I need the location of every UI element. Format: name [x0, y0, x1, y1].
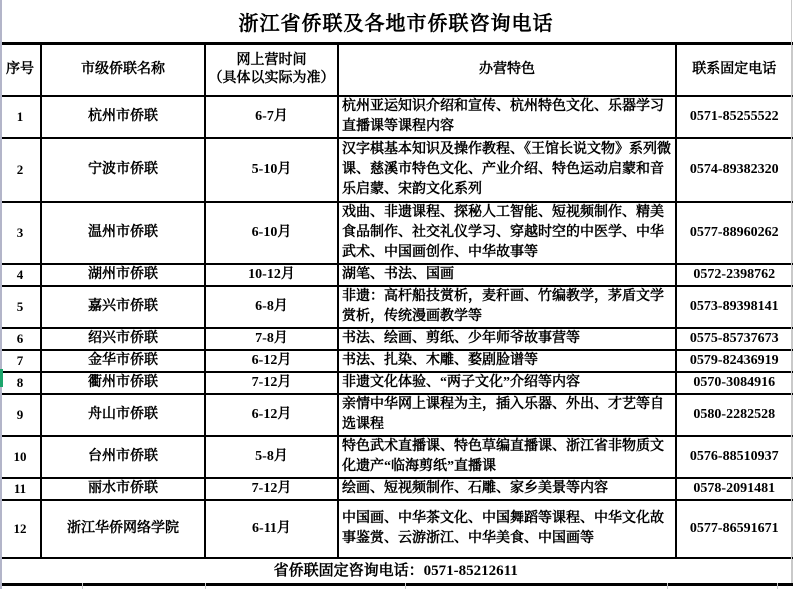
- cell-index: 12: [0, 500, 41, 558]
- gridline-stub: [405, 583, 406, 589]
- table-row: 8衢州市侨联7-12月非遗文化体验、“两子文化”介绍等内容0570-308491…: [0, 372, 792, 394]
- table-row: 7金华市侨联6-12月书法、扎染、木雕、婺剧脸谱等0579-82436919: [0, 350, 792, 372]
- cell-time: 5-8月: [205, 436, 338, 478]
- cell-phone: 0574-89382320: [676, 138, 792, 202]
- cell-name: 嘉兴市侨联: [41, 286, 205, 328]
- cell-features: 特色武术直播课、特色草编直播课、浙江省非物质文化遗产“临海剪纸”直播课: [338, 436, 676, 478]
- cell-features: 杭州亚运知识介绍和宣传、杭州特色文化、乐器学习直播课等课程内容: [338, 96, 676, 138]
- cell-phone: 0571-85255522: [676, 96, 792, 138]
- col-header-phone: 联系固定电话: [676, 44, 792, 96]
- cell-phone: 0579-82436919: [676, 350, 792, 372]
- gridline-stub: [82, 583, 83, 589]
- gridline-stub: [667, 583, 668, 589]
- cell-time: 6-12月: [205, 394, 338, 436]
- cell-time: 7-12月: [205, 478, 338, 500]
- cell-name: 宁波市侨联: [41, 138, 205, 202]
- cell-name: 温州市侨联: [41, 202, 205, 264]
- cell-features: 非遗：高杆船技赏析，麦秆画、竹编教学，茅盾文学赏析，传统漫画教学等: [338, 286, 676, 328]
- cell-features: 湖笔、书法、国画: [338, 264, 676, 286]
- table-row: 4湖州市侨联10-12月湖笔、书法、国画0572-2398762: [0, 264, 792, 286]
- cell-name: 台州市侨联: [41, 436, 205, 478]
- cell-features: 绘画、短视频制作、石雕、家乡美景等内容: [338, 478, 676, 500]
- cell-name: 杭州市侨联: [41, 96, 205, 138]
- col-header-name: 市级侨联名称: [41, 44, 205, 96]
- cell-index: 6: [0, 328, 41, 350]
- cell-phone: 0577-88960262: [676, 202, 792, 264]
- cell-index: 8: [0, 372, 41, 394]
- cell-index: 11: [0, 478, 41, 500]
- cell-features: 书法、扎染、木雕、婺剧脸谱等: [338, 350, 676, 372]
- cell-index: 2: [0, 138, 41, 202]
- cell-name: 丽水市侨联: [41, 478, 205, 500]
- table-row: 12浙江华侨网络学院6-11月中国画、中华茶文化、中国舞蹈等课程、中华文化故事鉴…: [0, 500, 792, 558]
- table-title: 浙江省侨联及各地市侨联咨询电话: [0, 0, 792, 42]
- cell-time: 5-10月: [205, 138, 338, 202]
- cell-index: 5: [0, 286, 41, 328]
- cell-name: 金华市侨联: [41, 350, 205, 372]
- cell-phone: 0577-86591671: [676, 500, 792, 558]
- cell-phone: 0580-2282528: [676, 394, 792, 436]
- federation-phone-table: 序号市级侨联名称网上营时间 （具体以实际为准）办营特色联系固定电话 1杭州市侨联…: [0, 42, 793, 586]
- gridline-stub: [777, 583, 778, 589]
- table-right-gridline: [791, 0, 792, 583]
- cell-time: 6-10月: [205, 202, 338, 264]
- footer-row: 省侨联固定咨询电话：0571-85212611: [0, 558, 792, 585]
- table-row: 5嘉兴市侨联6-8月非遗：高杆船技赏析，麦秆画、竹编教学，茅盾文学赏析，传统漫画…: [0, 286, 792, 328]
- cell-index: 1: [0, 96, 41, 138]
- cell-time: 6-12月: [205, 350, 338, 372]
- cell-name: 舟山市侨联: [41, 394, 205, 436]
- cell-index: 9: [0, 394, 41, 436]
- cell-index: 7: [0, 350, 41, 372]
- table-row: 6绍兴市侨联7-8月书法、绘画、剪纸、少年师爷故事营等0575-85737673: [0, 328, 792, 350]
- gridline-stub: [205, 583, 206, 589]
- cell-index: 3: [0, 202, 41, 264]
- cell-phone: 0570-3084916: [676, 372, 792, 394]
- cell-features: 书法、绘画、剪纸、少年师爷故事营等: [338, 328, 676, 350]
- table-row: 11丽水市侨联7-12月绘画、短视频制作、石雕、家乡美景等内容0578-2091…: [0, 478, 792, 500]
- table-row: 1杭州市侨联6-7月杭州亚运知识介绍和宣传、杭州特色文化、乐器学习直播课等课程内…: [0, 96, 792, 138]
- col-header-time: 网上营时间 （具体以实际为准）: [205, 44, 338, 96]
- table-row: 2宁波市侨联5-10月汉字棋基本知识及操作教程、《王馆长说文物》系列微课、慈溪市…: [0, 138, 792, 202]
- table-row: 10台州市侨联5-8月特色武术直播课、特色草编直播课、浙江省非物质文化遗产“临海…: [0, 436, 792, 478]
- cell-phone: 0578-2091481: [676, 478, 792, 500]
- sheet-left-edge-line: [0, 0, 2, 589]
- cell-time: 7-12月: [205, 372, 338, 394]
- table-row: 9舟山市侨联6-12月亲情中华网上课程为主，插入乐器、外出、才艺等自选课程058…: [0, 394, 792, 436]
- cell-name: 湖州市侨联: [41, 264, 205, 286]
- cell-time: 10-12月: [205, 264, 338, 286]
- cell-phone: 0573-89398141: [676, 286, 792, 328]
- cell-name: 衢州市侨联: [41, 372, 205, 394]
- cell-name: 绍兴市侨联: [41, 328, 205, 350]
- cell-time: 6-7月: [205, 96, 338, 138]
- cell-index: 4: [0, 264, 41, 286]
- cell-phone: 0576-88510937: [676, 436, 792, 478]
- row-selection-indicator: [0, 369, 3, 387]
- col-header-index: 序号: [0, 44, 41, 96]
- table-row: 3温州市侨联6-10月戏曲、非遗课程、探秘人工智能、短视频制作、精美食品制作、社…: [0, 202, 792, 264]
- header-row: 序号市级侨联名称网上营时间 （具体以实际为准）办营特色联系固定电话: [0, 44, 792, 96]
- cell-features: 非遗文化体验、“两子文化”介绍等内容: [338, 372, 676, 394]
- cell-features: 汉字棋基本知识及操作教程、《王馆长说文物》系列微课、慈溪市特色文化、产业介绍、特…: [338, 138, 676, 202]
- cell-phone: 0572-2398762: [676, 264, 792, 286]
- province-footer-phone: 省侨联固定咨询电话：0571-85212611: [0, 558, 792, 585]
- cell-features: 亲情中华网上课程为主，插入乐器、外出、才艺等自选课程: [338, 394, 676, 436]
- cell-features: 戏曲、非遗课程、探秘人工智能、短视频制作、精美食品制作、社交礼仪学习、穿越时空的…: [338, 202, 676, 264]
- cell-index: 10: [0, 436, 41, 478]
- cell-phone: 0575-85737673: [676, 328, 792, 350]
- cell-time: 7-8月: [205, 328, 338, 350]
- col-header-features: 办营特色: [338, 44, 676, 96]
- spreadsheet-area: 浙江省侨联及各地市侨联咨询电话 序号市级侨联名称网上营时间 （具体以实际为准）办…: [0, 0, 797, 589]
- cell-time: 6-11月: [205, 500, 338, 558]
- cell-name: 浙江华侨网络学院: [41, 500, 205, 558]
- cell-features: 中国画、中华茶文化、中国舞蹈等课程、中华文化故事鉴赏、云游浙江、中华美食、中国画…: [338, 500, 676, 558]
- cell-time: 6-8月: [205, 286, 338, 328]
